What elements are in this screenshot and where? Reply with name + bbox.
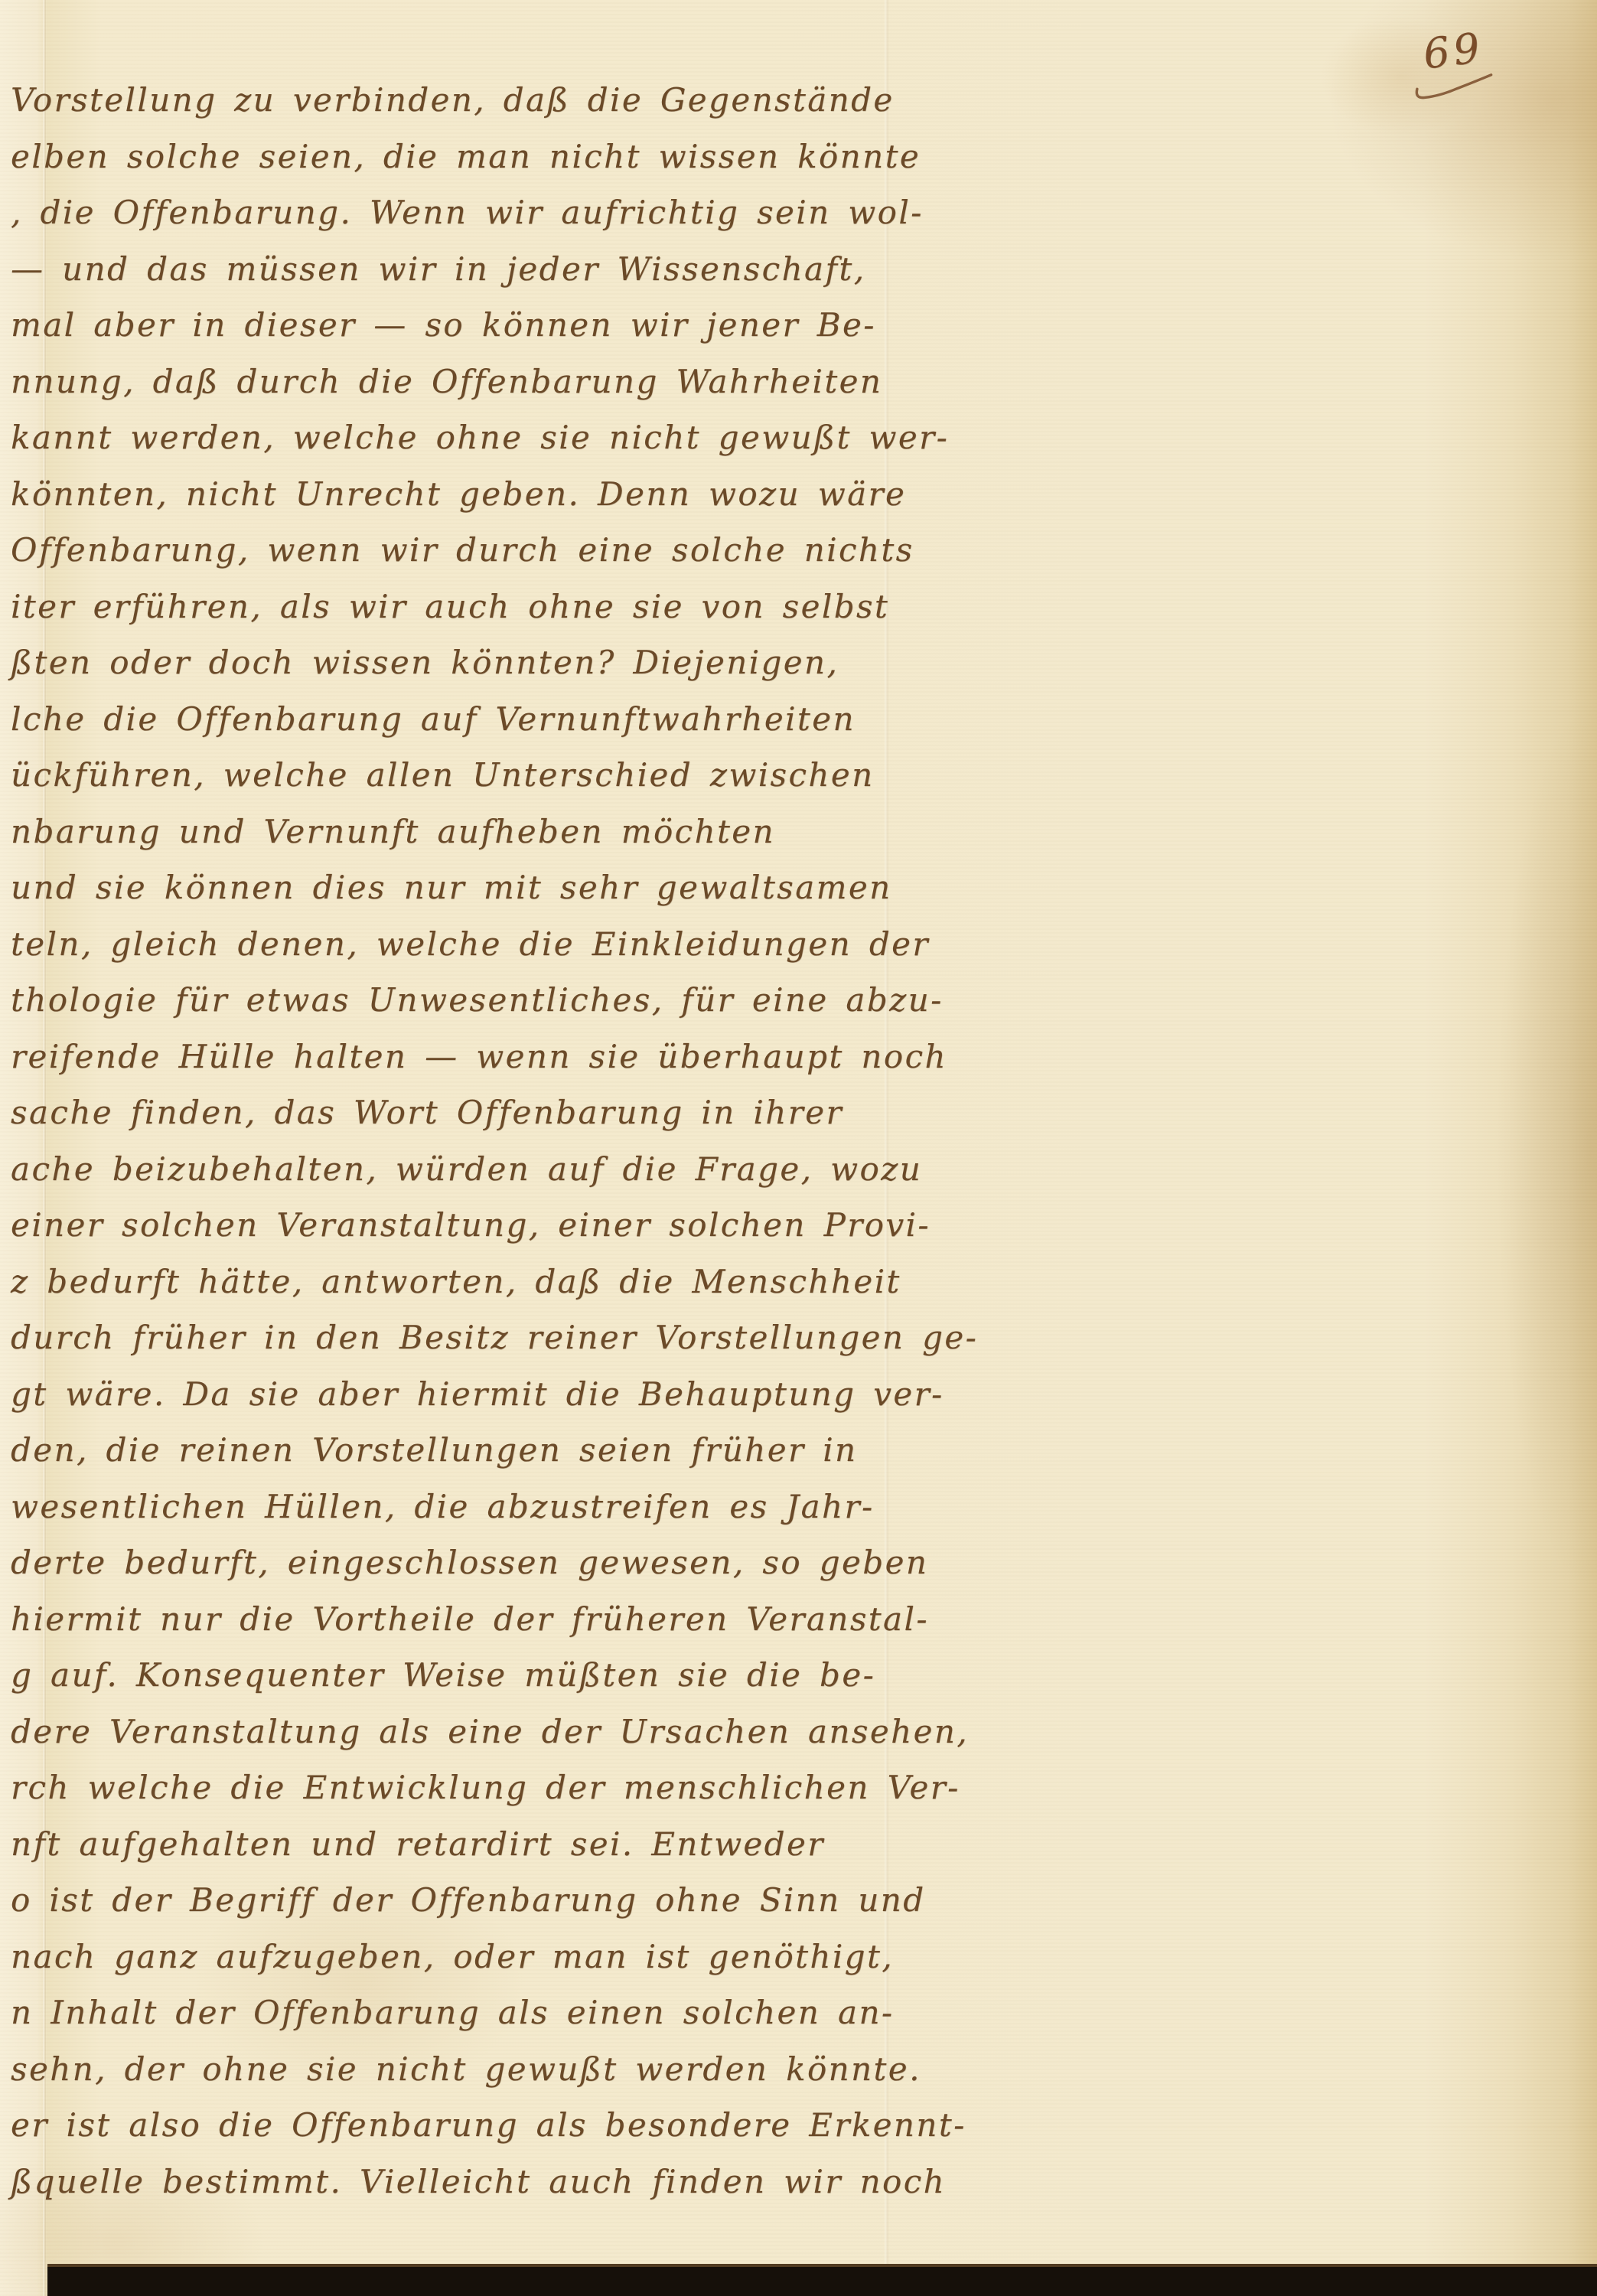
manuscript-line: hiermit nur die Vortheile der früheren V… bbox=[11, 1591, 914, 1648]
manuscript-line: nbarung und Vernunft aufheben möchten bbox=[11, 804, 914, 860]
manuscript-line: n Inhalt der Offenbarung als einen solch… bbox=[11, 1985, 914, 2041]
manuscript-line: dere Veranstaltung als eine der Ursachen… bbox=[11, 1704, 914, 1760]
manuscript-line: nnung, daß durch die Offenbarung Wahrhei… bbox=[11, 354, 914, 410]
page-number: 69 bbox=[1421, 27, 1486, 75]
manuscript-line: nach ganz aufzugeben, oder man ist genöt… bbox=[11, 1929, 914, 1985]
manuscript-line: wesentlichen Hüllen, die abzustreifen es… bbox=[11, 1479, 914, 1535]
manuscript-line: rch welche die Entwicklung der menschlic… bbox=[11, 1760, 914, 1816]
manuscript-line: mal aber in dieser — so können wir jener… bbox=[11, 297, 914, 354]
manuscript-line: , die Offenbarung. Wenn wir aufrichtig s… bbox=[11, 184, 914, 241]
manuscript-line: kannt werden, welche ohne sie nicht gewu… bbox=[11, 409, 914, 466]
manuscript-text: Vorstellung zu verbinden, daß die Gegens… bbox=[11, 72, 914, 2210]
manuscript-line: g auf. Konsequenter Weise müßten sie die… bbox=[11, 1647, 914, 1704]
manuscript-line: sache finden, das Wort Offenbarung in ih… bbox=[11, 1084, 914, 1141]
scan-bottom-edge bbox=[47, 2264, 1597, 2296]
manuscript-line: reifende Hülle halten — wenn sie überhau… bbox=[11, 1029, 914, 1085]
manuscript-line: den, die reinen Vorstellungen seien früh… bbox=[11, 1422, 914, 1479]
manuscript-line: Offenbarung, wenn wir durch eine solche … bbox=[11, 522, 914, 579]
manuscript-line: könnten, nicht Unrecht geben. Denn wozu … bbox=[11, 466, 914, 523]
manuscript-line: ückführen, welche allen Unterschied zwis… bbox=[11, 747, 914, 804]
manuscript-line: nft aufgehalten und retardirt sei. Entwe… bbox=[11, 1816, 914, 1873]
manuscript-line: elben solche seien, die man nicht wissen… bbox=[11, 129, 914, 185]
manuscript-line: iter erführen, als wir auch ohne sie von… bbox=[11, 579, 914, 635]
manuscript-line: teln, gleich denen, welche die Einkleidu… bbox=[11, 916, 914, 973]
manuscript-line: er ist also die Offenbarung als besonder… bbox=[11, 2097, 914, 2154]
manuscript-line: z bedurft hätte, antworten, daß die Mens… bbox=[11, 1254, 914, 1310]
manuscript-line: einer solchen Veranstaltung, einer solch… bbox=[11, 1197, 914, 1254]
manuscript-line: lche die Offenbarung auf Vernunftwahrhei… bbox=[11, 691, 914, 748]
manuscript-line: Vorstellung zu verbinden, daß die Gegens… bbox=[11, 72, 914, 129]
manuscript-line: ache beizubehalten, würden auf die Frage… bbox=[11, 1141, 914, 1198]
manuscript-line: derte bedurft, eingeschlossen gewesen, s… bbox=[11, 1534, 914, 1591]
manuscript-line: sehn, der ohne sie nicht gewußt werden k… bbox=[11, 2041, 914, 2098]
manuscript-line: gt wäre. Da sie aber hiermit die Behaupt… bbox=[11, 1366, 914, 1423]
manuscript-line: ßten oder doch wissen könnten? Diejenige… bbox=[11, 634, 914, 691]
manuscript-line: thologie für etwas Unwesentliches, für e… bbox=[11, 972, 914, 1029]
manuscript-line: — und das müssen wir in jeder Wissenscha… bbox=[11, 241, 914, 298]
manuscript-line: o ist der Begriff der Offenbarung ohne S… bbox=[11, 1872, 914, 1929]
manuscript-line: durch früher in den Besitz reiner Vorste… bbox=[11, 1309, 914, 1366]
manuscript-line: und sie können dies nur mit sehr gewalts… bbox=[11, 859, 914, 916]
page-number-flourish bbox=[1412, 71, 1498, 104]
manuscript-line: ßquelle bestimmt. Vielleicht auch finden… bbox=[11, 2154, 914, 2210]
manuscript-scan-page: 69 Vorstellung zu verbinden, daß die Geg… bbox=[0, 0, 1597, 2296]
